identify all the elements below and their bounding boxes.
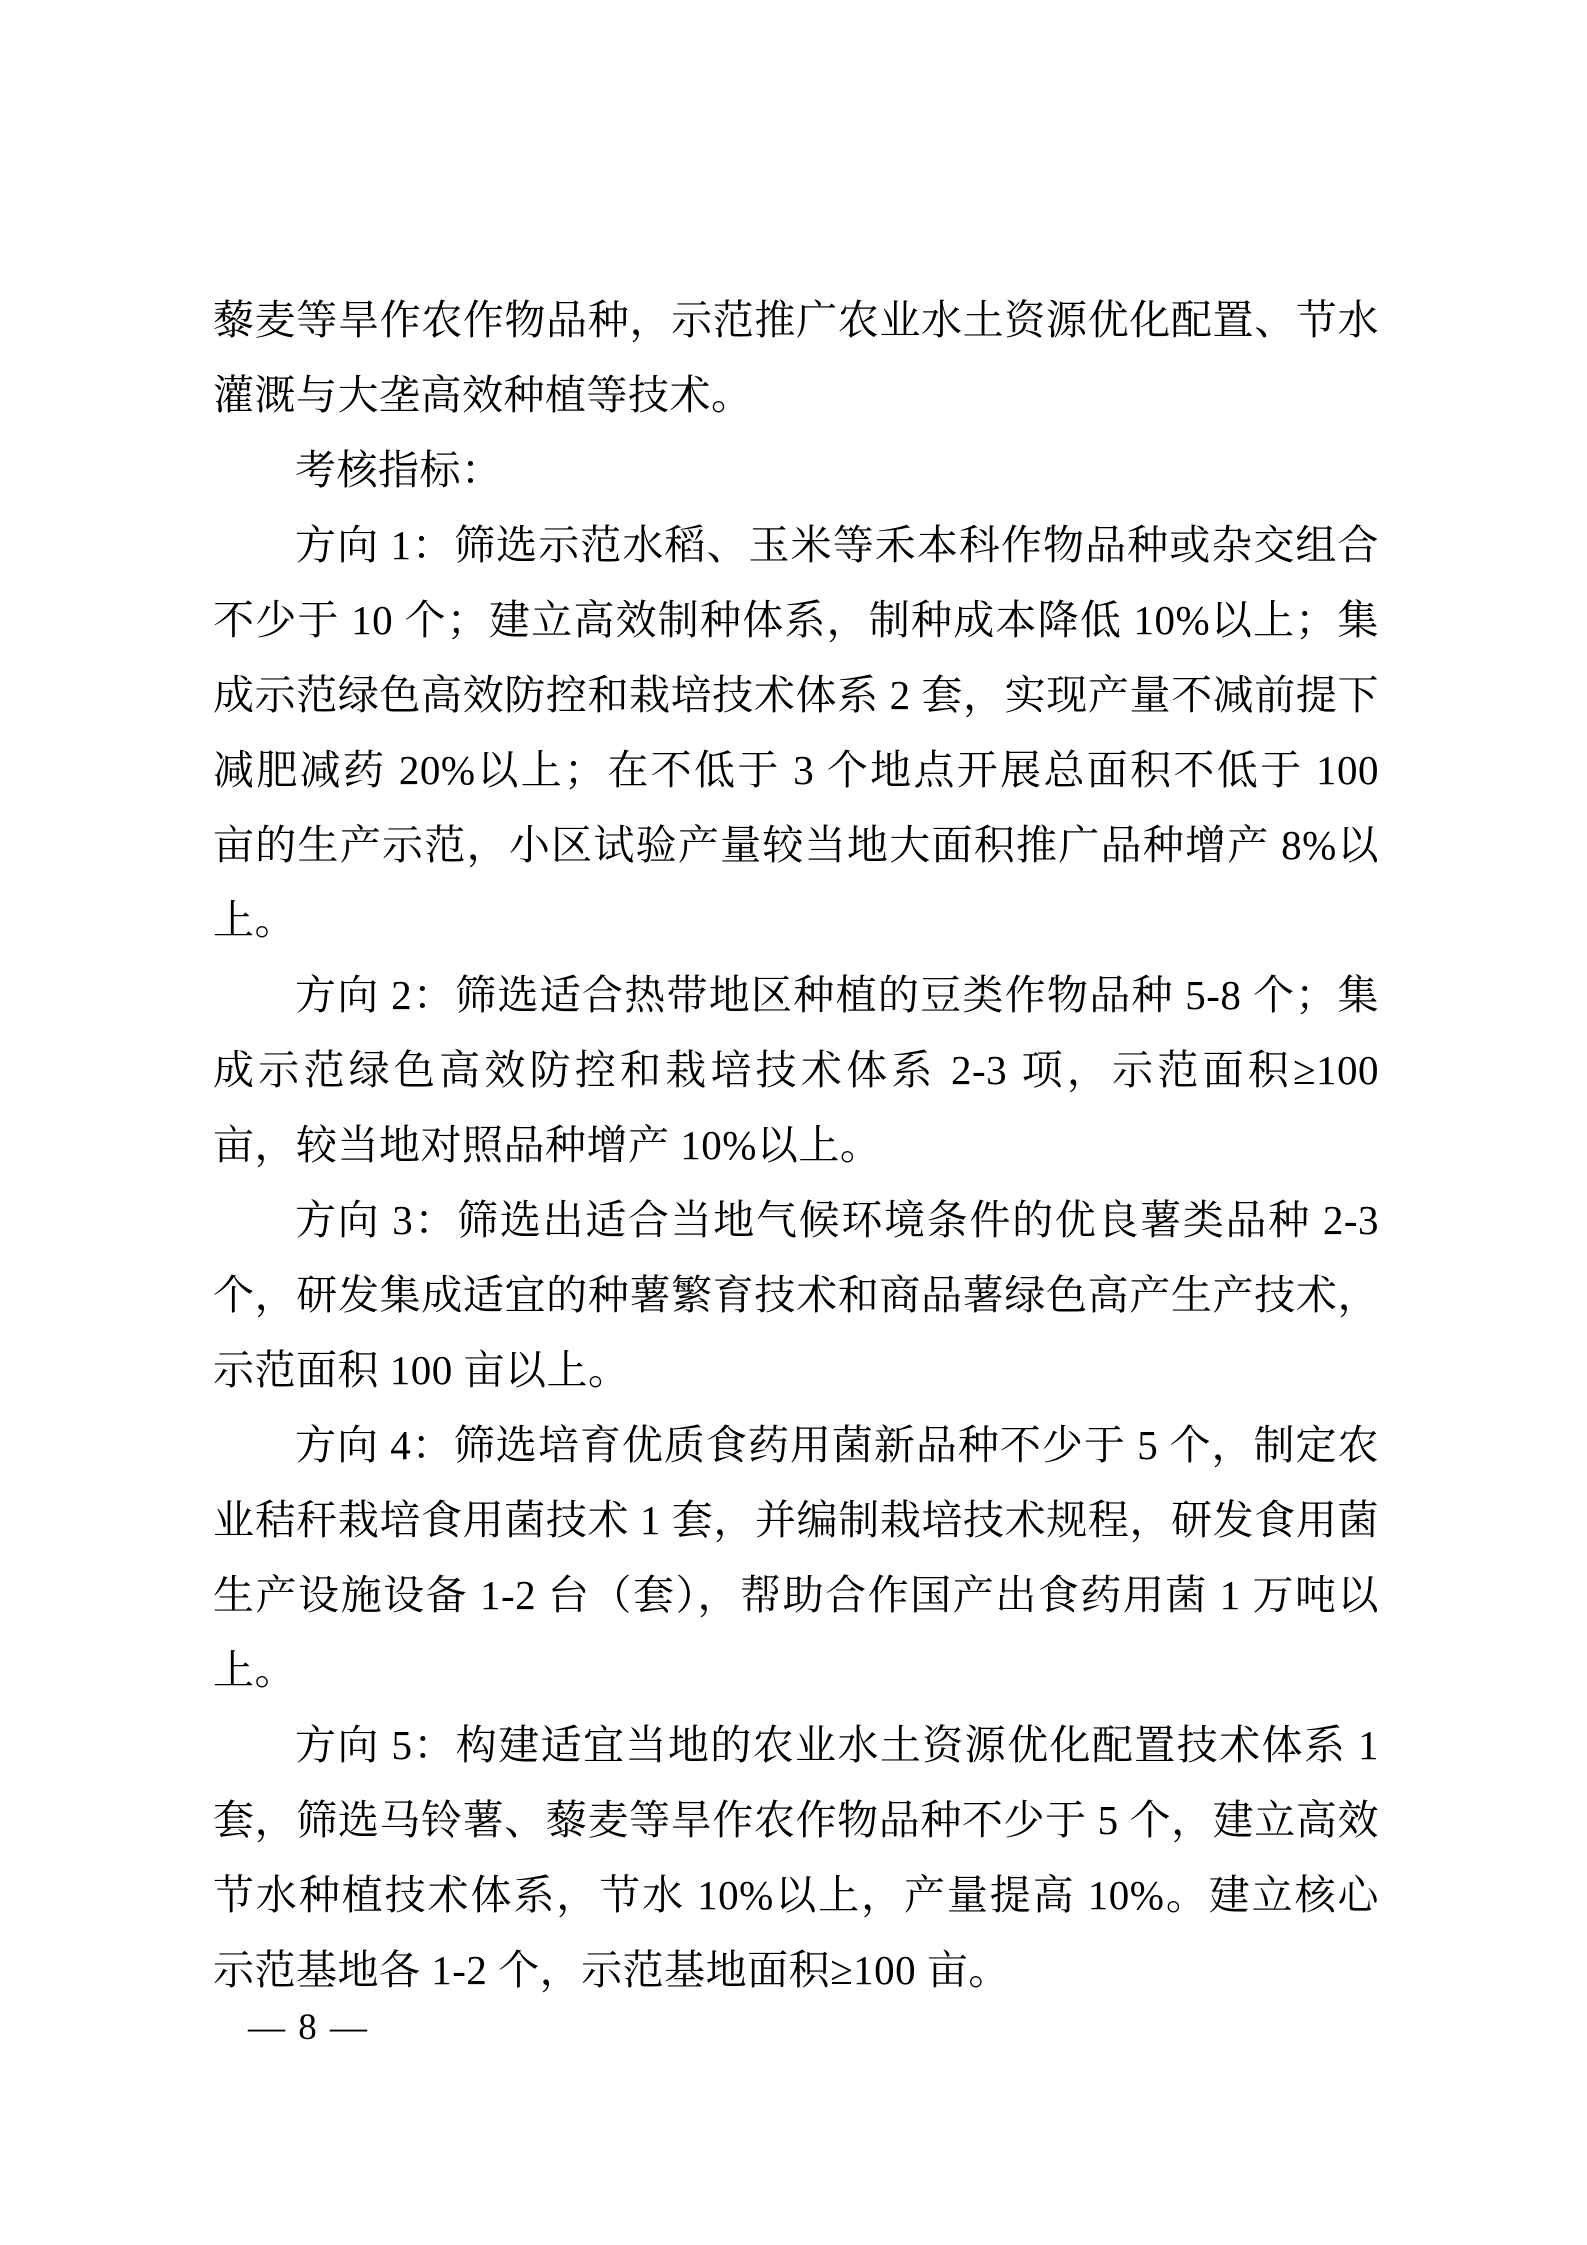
- paragraph-direction-1: 方向 1：筛选示范水稻、玉米等禾本科作物品种或杂交组合不少于 10 个；建立高效…: [213, 508, 1379, 958]
- paragraph-direction-4: 方向 4：筛选培育优质食药用菌新品种不少于 5 个，制定农业秸秆栽培食用菌技术 …: [213, 1408, 1379, 1708]
- paragraph-direction-2: 方向 2：筛选适合热带地区种植的豆类作物品种 5-8 个；集成示范绿色高效防控和…: [213, 958, 1379, 1183]
- paragraph-direction-3: 方向 3：筛选出适合当地气候环境条件的优良薯类品种 2-3 个，研发集成适宜的种…: [213, 1183, 1379, 1408]
- document-page: 藜麦等旱作农作物品种，示范推广农业水土资源优化配置、节水灌溉与大垄高效种植等技术…: [0, 0, 1587, 2245]
- paragraph-direction-5: 方向 5：构建适宜当地的农业水土资源优化配置技术体系 1 套，筛选马铃薯、藜麦等…: [213, 1708, 1379, 2008]
- document-body-text: 藜麦等旱作农作物品种，示范推广农业水土资源优化配置、节水灌溉与大垄高效种植等技术…: [213, 283, 1379, 2008]
- page-number: — 8 —: [248, 2004, 369, 2052]
- paragraph-assessment-indicators-heading: 考核指标：: [213, 433, 1379, 508]
- paragraph-continuation: 藜麦等旱作农作物品种，示范推广农业水土资源优化配置、节水灌溉与大垄高效种植等技术…: [213, 283, 1379, 433]
